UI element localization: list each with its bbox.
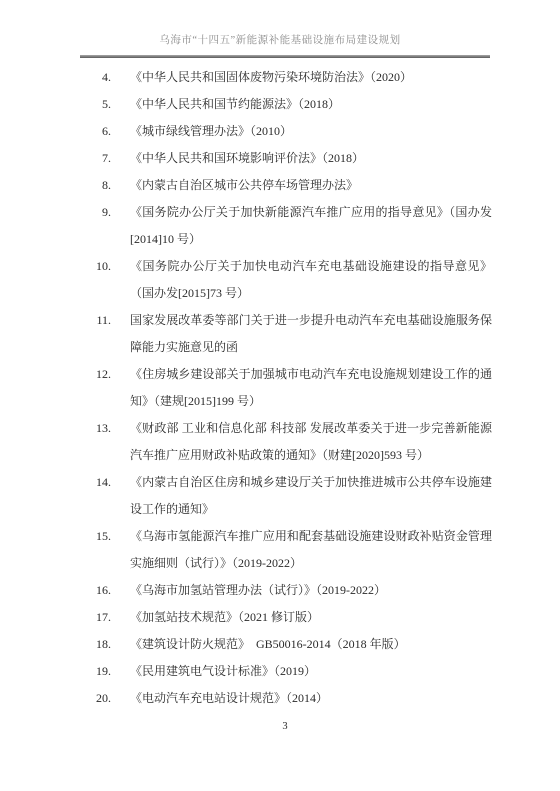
list-item-text: 国家发展改革委等部门关于进一步提升电动汽车充电基础设施服务保障能力实施意见的函 [130, 307, 492, 361]
list-item-number: 6. [84, 118, 111, 145]
list-item-text: 《内蒙古自治区住房和城乡建设厅关于加快推进城市公共停车设施建设工作的通知》 [130, 469, 492, 523]
list-item: 9. 《国务院办公厅关于加快新能源汽车推广应用的指导意见》（国办发[2014]1… [0, 199, 560, 253]
list-item-number: 19. [84, 658, 111, 685]
list-item-number: 5. [84, 91, 111, 118]
list-item-number: 12. [84, 361, 111, 388]
list-item-text: 《城市绿线管理办法》（2010） [130, 118, 492, 145]
list-item-number: 8. [84, 172, 111, 199]
list-item: 19. 《民用建筑电气设计标准》（2019） [0, 658, 560, 685]
list-item-text: 《民用建筑电气设计标准》（2019） [130, 658, 492, 685]
list-item: 10. 《国务院办公厅关于加快电动汽车充电基础设施建设的指导意见》（国办发[20… [0, 253, 560, 307]
list-item: 16. 《乌海市加氢站管理办法（试行）》（2019-2022） [0, 577, 560, 604]
list-item-text: 《国务院办公厅关于加快新能源汽车推广应用的指导意见》（国办发[2014]10 号… [130, 199, 492, 253]
list-item-number: 4. [84, 64, 111, 91]
list-item: 18. 《建筑设计防火规范》 GB50016-2014（2018 年版） [0, 631, 560, 658]
list-item-number: 14. [84, 469, 111, 496]
list-item: 5. 《中华人民共和国节约能源法》（2018） [0, 91, 560, 118]
list-item-text: 《乌海市加氢站管理办法（试行）》（2019-2022） [130, 577, 492, 604]
header-rule [80, 55, 490, 58]
list-item: 4. 《中华人民共和国固体废物污染环境防治法》（2020） [0, 64, 560, 91]
list-item: 20. 《电动汽车充电站设计规范》（2014） [0, 685, 560, 712]
list-item-text: 《加氢站技术规范》（2021 修订版） [130, 604, 492, 631]
list-item-number: 7. [84, 145, 111, 172]
list-item-number: 10. [84, 253, 111, 280]
list-item: 17. 《加氢站技术规范》（2021 修订版） [0, 604, 560, 631]
list-item-text: 《国务院办公厅关于加快电动汽车充电基础设施建设的指导意见》（国办发[2015]7… [130, 253, 492, 307]
list-item-number: 13. [84, 415, 111, 442]
list-item-text: 《中华人民共和国固体废物污染环境防治法》（2020） [130, 64, 492, 91]
reference-list: 4. 《中华人民共和国固体废物污染环境防治法》（2020） 5. 《中华人民共和… [0, 64, 560, 712]
page-number: 3 [80, 718, 490, 736]
list-item-number: 17. [84, 604, 111, 631]
list-item: 6. 《城市绿线管理办法》（2010） [0, 118, 560, 145]
list-item: 13. 《财政部 工业和信息化部 科技部 发展改革委关于进一步完善新能源汽车推广… [0, 415, 560, 469]
list-item-text: 《电动汽车充电站设计规范》（2014） [130, 685, 492, 712]
list-item: 12. 《住房城乡建设部关于加强城市电动汽车充电设施规划建设工作的通知》（建规[… [0, 361, 560, 415]
list-item: 7. 《中华人民共和国环境影响评价法》（2018） [0, 145, 560, 172]
list-item-number: 16. [84, 577, 111, 604]
list-item: 11. 国家发展改革委等部门关于进一步提升电动汽车充电基础设施服务保障能力实施意… [0, 307, 560, 361]
list-item-number: 20. [84, 685, 111, 712]
list-item-text: 《建筑设计防火规范》 GB50016-2014（2018 年版） [130, 631, 492, 658]
list-item: 14. 《内蒙古自治区住房和城乡建设厅关于加快推进城市公共停车设施建设工作的通知… [0, 469, 560, 523]
list-item-number: 9. [84, 199, 111, 226]
list-item: 15. 《乌海市氢能源汽车推广应用和配套基础设施建设财政补贴资金管理实施细则（试… [0, 523, 560, 577]
list-item-number: 18. [84, 631, 111, 658]
list-item-number: 11. [84, 307, 111, 334]
list-item-text: 《内蒙古自治区城市公共停车场管理办法》 [130, 172, 492, 199]
list-item-text: 《中华人民共和国节约能源法》（2018） [130, 91, 492, 118]
document-page: 乌海市“十四五”新能源补能基础设施布局建设规划 4. 《中华人民共和国固体废物污… [0, 0, 560, 791]
list-item-text: 《住房城乡建设部关于加强城市电动汽车充电设施规划建设工作的通知》（建规[2015… [130, 361, 492, 415]
list-item-number: 15. [84, 523, 111, 550]
list-item-text: 《中华人民共和国环境影响评价法》（2018） [130, 145, 492, 172]
list-item-text: 《乌海市氢能源汽车推广应用和配套基础设施建设财政补贴资金管理实施细则（试行）》（… [130, 523, 492, 577]
list-item-text: 《财政部 工业和信息化部 科技部 发展改革委关于进一步完善新能源汽车推广应用财政… [130, 415, 492, 469]
running-header-title: 乌海市“十四五”新能源补能基础设施布局建设规划 [0, 33, 560, 49]
list-item: 8. 《内蒙古自治区城市公共停车场管理办法》 [0, 172, 560, 199]
